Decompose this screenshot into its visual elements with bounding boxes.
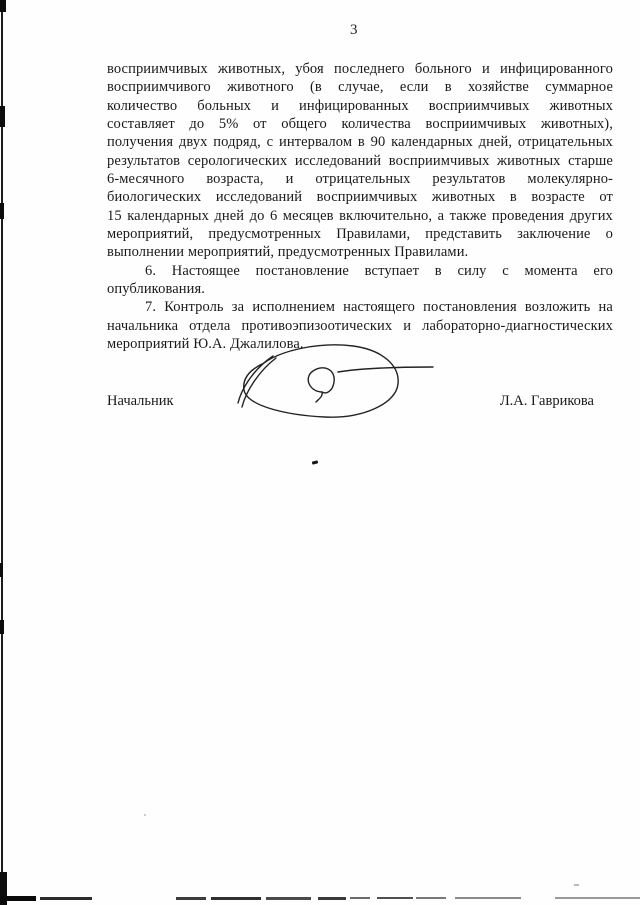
scan-left-edge-line <box>1 0 3 905</box>
scan-bottom-edge-segment <box>416 897 446 899</box>
text-line: начальникаотделапротивоэпизоотическихила… <box>107 317 613 335</box>
scan-edge-blob <box>0 620 4 634</box>
scan-edge-blob <box>0 106 5 127</box>
scan-speck <box>144 814 146 816</box>
text-line: количествобольныхиинфицированныхвосприим… <box>107 97 613 115</box>
scan-edge-blob <box>0 0 6 12</box>
scan-bottom-edge-segment <box>350 897 370 899</box>
text-line: получениядвухподряд,синтерваломв90календ… <box>107 133 613 151</box>
scan-bottom-edge-segment <box>318 897 346 900</box>
scanned-page: 3 восприимчивыхживотных,убояпоследнегобо… <box>0 0 640 905</box>
scan-edge-blob <box>0 563 3 577</box>
ink-dot-artifact <box>312 460 319 464</box>
scan-bottom-edge-segment <box>211 897 261 900</box>
scan-edge-blob <box>0 203 4 219</box>
text-line: биологическихисследованийвосприимчивыхжи… <box>107 188 613 206</box>
scan-speck <box>574 884 579 886</box>
page-number: 3 <box>350 22 358 39</box>
text-line: составляетдо5%отобщегоколичествавосприим… <box>107 115 613 133</box>
signature-icon <box>232 340 437 425</box>
scan-bottom-edge-segment <box>176 897 206 900</box>
scan-bottom-edge-segment <box>266 897 311 900</box>
text-line: 7.Контрользаисполнениемнастоящегопостано… <box>107 298 613 316</box>
text-block: восприимчивыхживотных,убояпоследнегоболь… <box>107 60 613 354</box>
scan-bottom-edge-segment <box>40 897 92 900</box>
text-line: выполнении мероприятий, предусмотренных … <box>107 243 613 261</box>
signer-position-label: Начальник <box>107 393 174 410</box>
text-line: мероприятий,предусмотренныхПравилами,пре… <box>107 225 613 243</box>
scan-bottom-edge-segment <box>0 896 36 901</box>
text-line: восприимчивогоживотного(вслучае,есливхоз… <box>107 78 613 96</box>
text-line: опубликования. <box>107 280 613 298</box>
text-line: результатовсерологическихисследованийвос… <box>107 152 613 170</box>
text-line: 6-месячноговозраста,иотрицательныхрезуль… <box>107 170 613 188</box>
text-line: 6.Настоящеепостановлениевступаетвсилусмо… <box>107 262 613 280</box>
scan-bottom-edge-segment <box>455 897 521 899</box>
scan-bottom-edge-segment <box>555 897 640 899</box>
signer-name-label: Л.А. Гаврикова <box>500 393 594 410</box>
text-line: 15календарныхднейдо6месяцеввключительно,… <box>107 207 613 225</box>
text-line: восприимчивыхживотных,убояпоследнегоболь… <box>107 60 613 78</box>
scan-bottom-edge-segment <box>377 897 413 899</box>
